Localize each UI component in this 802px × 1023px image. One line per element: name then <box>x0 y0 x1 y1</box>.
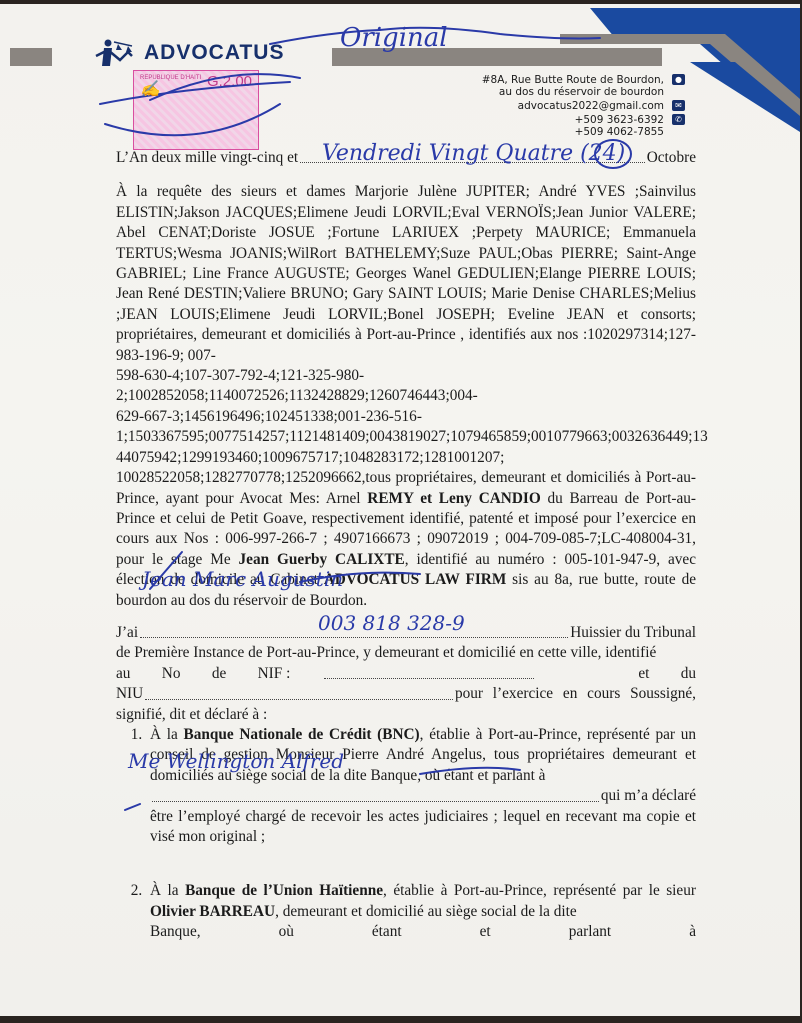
letterhead-grey-bar <box>332 48 662 66</box>
recipients-list: À la Banque Nationale de Crédit (BNC), é… <box>116 725 696 943</box>
huissier-domicile: de Première Instance de Port-au-Prince, … <box>116 643 696 663</box>
date-line: L’An deux mille vingt-cinq et Octobre <box>116 148 696 168</box>
item-text: être l’employé chargé de recevoir les ac… <box>150 808 696 845</box>
email-link[interactable]: advocatus2022@gmail.com <box>518 100 664 112</box>
word: à <box>689 922 696 942</box>
nif-field[interactable] <box>324 664 534 679</box>
signifie-line: signifié, dit et déclaré à : <box>116 705 696 725</box>
huissier-name-field[interactable] <box>140 623 568 638</box>
firm-name: ADVOCATUS <box>144 41 284 65</box>
date-prefix: L’An deux mille vingt-cinq et <box>116 148 298 168</box>
recipient-item: À la Banque de l’Union Haïtienne, établi… <box>146 881 696 942</box>
fiscal-stamp: REPUBLIQUE D'HAITI G.2.00 <box>133 70 259 150</box>
lawyers-names: REMY et Leny CANDIO <box>367 490 540 507</box>
phone-2[interactable]: +509 4062-7855 <box>575 126 664 138</box>
parlant-a-field[interactable] <box>152 786 599 801</box>
niu-suffix: pour l’exercice en cours Soussigné, <box>455 684 696 704</box>
bank-name: Banque Nationale de Crédit (BNC) <box>184 726 420 743</box>
firm-logo: ADVOCATUS <box>88 38 284 68</box>
nif-word: au <box>116 664 130 684</box>
word: où <box>279 922 294 942</box>
spread-line: Banque, où étant et parlant à <box>150 922 696 942</box>
stamp-value: G.2.00 <box>207 73 252 90</box>
avocats-paragraph: 10028522058;1282770778;1252096662,tous p… <box>116 468 696 611</box>
envelope-icon: ✉ <box>672 100 685 111</box>
id-line: 629-667-3;1456196496;102451338;001-236-5… <box>116 407 696 427</box>
stamp-header: REPUBLIQUE D'HAITI <box>140 75 201 81</box>
id-line: 2;1002852058;1140072526;1132428829;12607… <box>116 386 696 406</box>
date-suffix: Octobre <box>647 148 696 168</box>
word: et <box>480 922 491 942</box>
word: parlant <box>569 922 611 942</box>
requerants-text: À la requête des sieurs et dames Marjori… <box>116 183 696 363</box>
item-text: , demeurant et domicilié au siège social… <box>275 903 577 920</box>
nif-word: et <box>638 664 649 684</box>
address-line-1: #8A, Rue Butte Route de Bourdon, <box>482 74 664 86</box>
nif-word: de <box>212 664 226 684</box>
document-page: ADVOCATUS #8A, Rue Butte Route de Bourdo… <box>0 4 800 1016</box>
contact-block: #8A, Rue Butte Route de Bourdon, au dos … <box>482 74 685 138</box>
item-lead: À la <box>150 882 185 899</box>
jai-label: J’ai <box>116 623 138 643</box>
scales-of-justice-figure-icon <box>88 38 138 68</box>
requerants-paragraph: À la requête des sieurs et dames Marjori… <box>116 182 696 366</box>
id-line: 1;1503367595;0077514257;1121481409;00438… <box>116 427 696 447</box>
phone-1[interactable]: +509 3623-6392 <box>575 114 664 126</box>
nif-word: No <box>162 664 181 684</box>
cabinet-name: ADVOCATUS LAW FIRM <box>324 571 507 588</box>
stagiaire-name: Jean Guerby CALIXTE <box>239 551 405 568</box>
niu-field[interactable] <box>145 684 453 699</box>
niu-label: NIU <box>116 684 143 704</box>
huissier-line: J’ai Huissier du Tribunal <box>116 623 696 643</box>
recipient-item: À la Banque Nationale de Crédit (BNC), é… <box>146 725 696 847</box>
date-fill-field[interactable] <box>300 148 645 163</box>
letterhead-grey-bar <box>10 48 52 66</box>
bank-name: Banque de l’Union Haïtienne <box>185 882 383 899</box>
huissier-title: Huissier du Tribunal <box>570 623 696 643</box>
nif-word: du <box>681 664 696 684</box>
item-lead: À la <box>150 726 184 743</box>
id-line: 598-630-4;107-307-792-4;121-325-980- <box>116 366 696 386</box>
phone-icon: ✆ <box>672 114 685 125</box>
word: étant <box>372 922 402 942</box>
item-text: qui m’a déclaré <box>601 786 696 806</box>
document-body: L’An deux mille vingt-cinq et Octobre À … <box>116 148 696 943</box>
representative-name: Olivier BARREAU <box>150 903 275 920</box>
item-text: , établie à Port-au-Prince, représenté p… <box>383 882 696 899</box>
nif-label: NIF : <box>258 664 291 684</box>
address-line-2: au dos du réservoir de bourdon <box>482 86 664 98</box>
location-pin-icon: ● <box>672 74 685 85</box>
id-line: 44075942;1299193460;1009675717;104828317… <box>116 448 696 468</box>
niu-line: NIU pour l’exercice en cours Soussigné, <box>116 684 696 704</box>
word: Banque, <box>150 922 201 942</box>
nif-line: au No de NIF : et du <box>116 664 696 684</box>
